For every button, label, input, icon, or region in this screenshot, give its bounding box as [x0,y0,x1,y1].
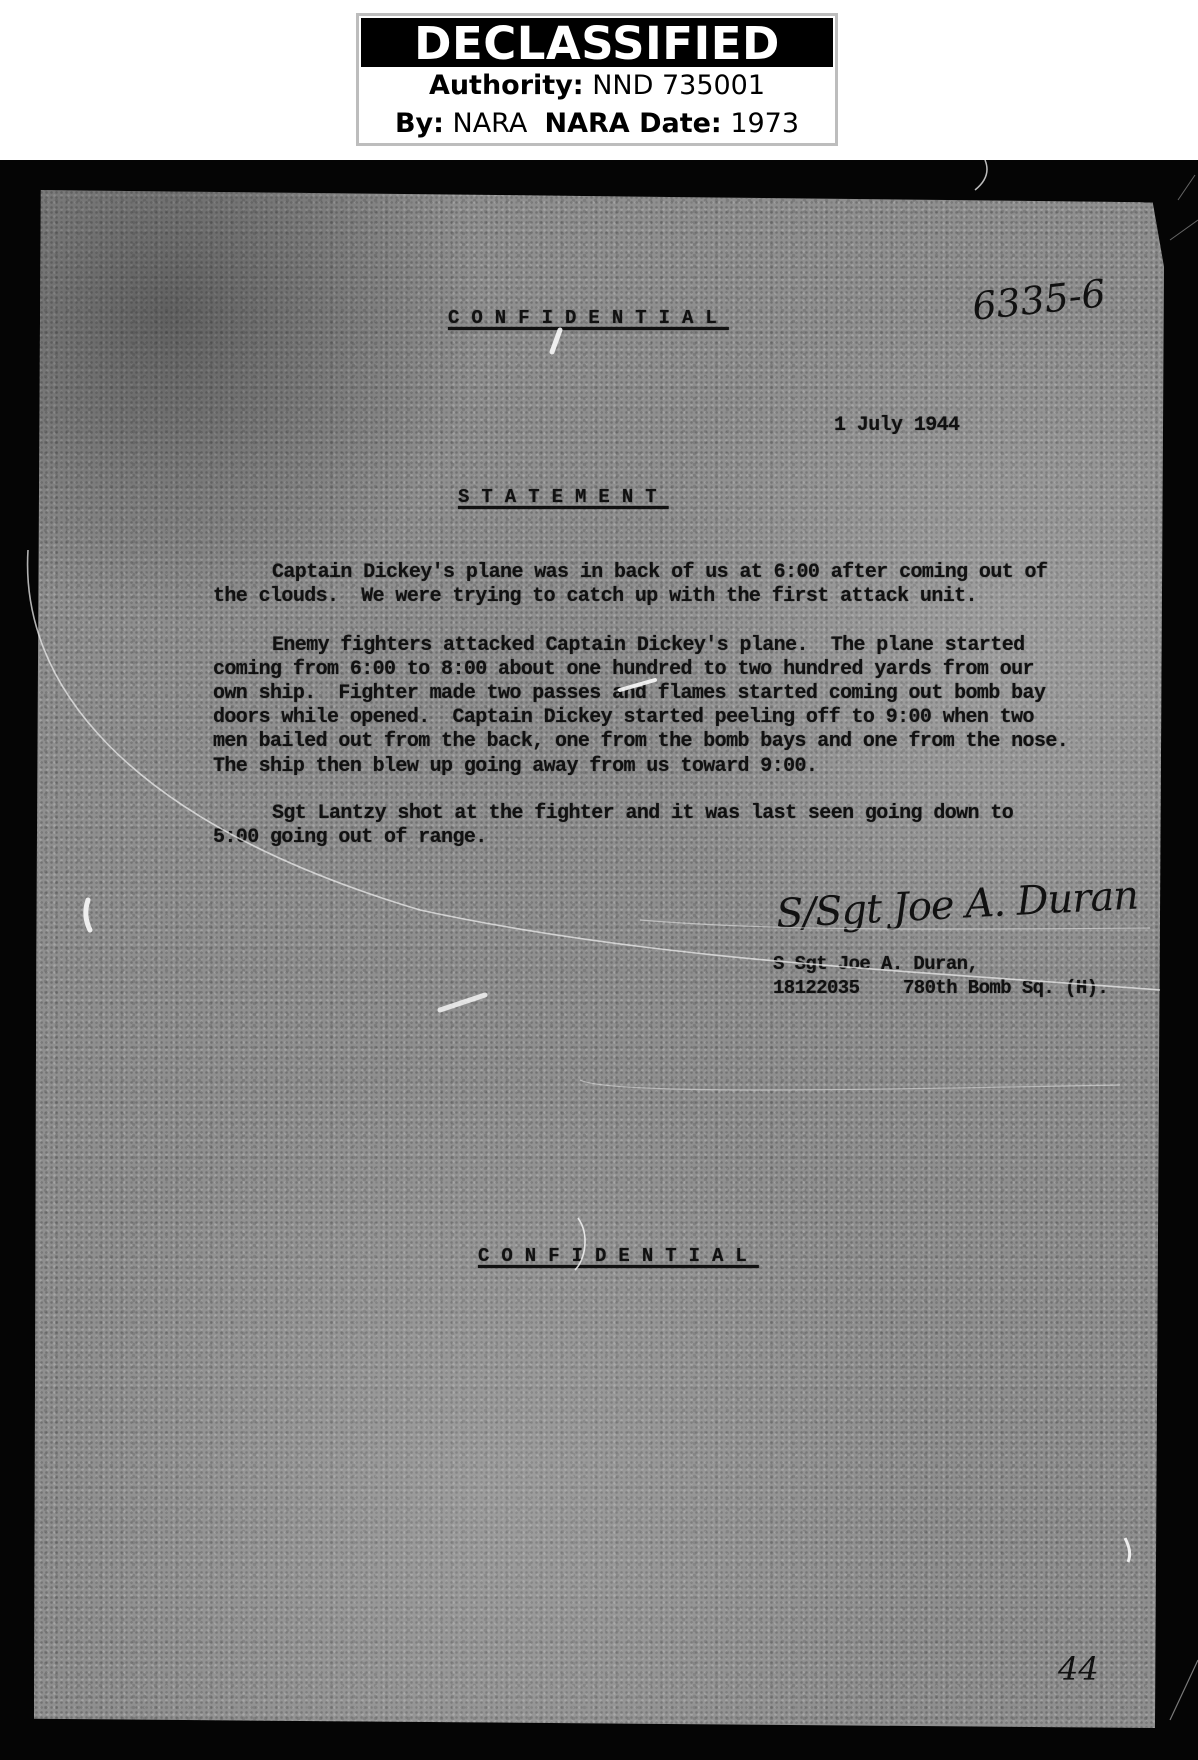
paragraph-line: coming from 6:00 to 8:00 about one hundr… [213,658,1034,683]
page-number-handwritten: 44 [1058,1650,1099,1688]
paragraph-line: the clouds. We were trying to catch up w… [213,585,977,610]
stamp-authority-value: NND 735001 [592,70,765,101]
paragraph-line: men bailed out from the back, one from t… [213,730,1068,755]
declassification-stamp: DECLASSIFIED Authority: NND 735001 By: N… [356,13,838,146]
paragraph-line: 5:00 going out of range. [213,826,487,851]
stamp-title: DECLASSIFIED [361,18,833,67]
scanned-page: CONFIDENTIAL 6335-6 1 July 1944 STATEMEN… [0,160,1198,1760]
stamp-by-value: NARA [453,108,528,139]
paragraph-line: own ship. Fighter made two passes and fl… [213,682,1045,707]
stamp-by-label: By: [395,108,444,139]
paragraph-line: Captain Dickey's plane was in back of us… [272,561,1047,586]
classification-bottom: CONFIDENTIAL [478,1244,759,1269]
stamp-authority-line: Authority: NND 735001 [359,70,835,101]
paragraph-line: The ship then blew up going away from us… [213,755,817,780]
stamp-by-line: By: NARA NARA Date: 1973 [359,108,835,139]
signature-name: S Sgt Joe A. Duran, [773,952,978,977]
paper-sheet [34,190,1164,1728]
stamp-date-value: 1973 [730,108,799,139]
signature-unit: 780th Bomb Sq. (H). [903,976,1108,1001]
stamp-authority-label: Authority: [429,70,584,101]
paragraph-line: doors while opened. Captain Dickey start… [213,706,1034,731]
classification-top: CONFIDENTIAL [448,306,729,331]
document-date: 1 July 1944 [834,414,959,439]
signature-serial-number: 18122035 [773,976,859,1001]
document-heading: STATEMENT [458,485,669,510]
paragraph-line: Sgt Lantzy shot at the fighter and it wa… [272,802,1013,827]
stamp-date-label: NARA Date: [545,108,722,139]
paragraph-line: Enemy fighters attacked Captain Dickey's… [272,634,1025,659]
